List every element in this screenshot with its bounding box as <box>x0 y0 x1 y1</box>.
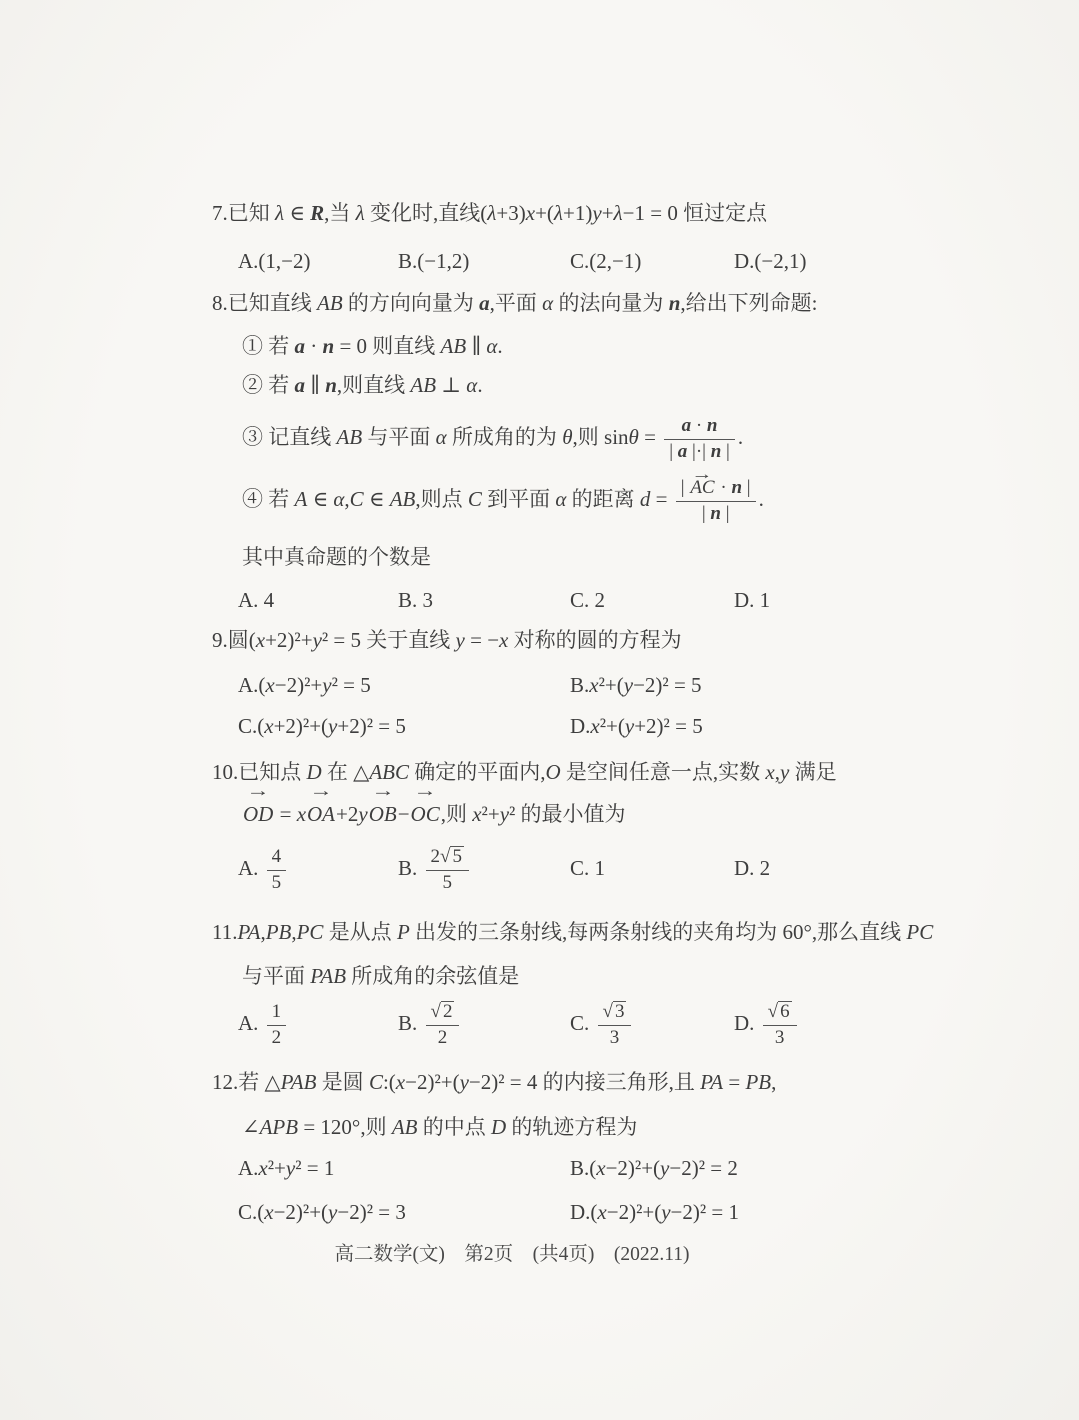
question-12-option-c: C.(x−2)²+(y−2)² = 3 <box>238 1197 406 1227</box>
question-12-stem-line-2: ∠APB = 120°,则 AB 的中点 D 的轨迹方程为 <box>242 1112 637 1142</box>
question-9-option-b: B.x²+(y−2)² = 5 <box>570 670 702 700</box>
question-10-option-a: A. 45 <box>238 841 289 895</box>
question-7-option-b: B.(−1,2) <box>398 246 469 276</box>
question-7-option-c: C.(2,−1) <box>570 246 641 276</box>
question-12-option-a: A.x²+y² = 1 <box>238 1153 334 1183</box>
question-8-statement-3: ③ 记直线 AB 与平面 α 所成角的为 θ,则 sinθ = a · n| a… <box>242 408 743 466</box>
question-11-stem: 11.PA,PB,PC 是从点 P 出发的三条射线,每两条射线的夹角均为 60°… <box>212 917 933 947</box>
question-11-stem-line-2: 与平面 PAB 所成角的余弦值是 <box>242 961 519 991</box>
page-footer: 高二数学(文) 第2页 (共4页) (2022.11) <box>0 1238 1024 1266</box>
question-7-option-a: A.(1,−2) <box>238 246 311 276</box>
question-11-option-d: D. 63 <box>734 996 800 1050</box>
question-7-stem: 7.已知 λ ∈ R,当 λ 变化时,直线(λ+3)x+(λ+1)y+λ−1 =… <box>212 198 767 228</box>
question-8-stem: 8.已知直线 AB 的方向向量为 a,平面 α 的法向量为 n,给出下列命题: <box>212 288 817 318</box>
question-11-option-a: A. 12 <box>238 996 289 1050</box>
question-10-option-b: B. 255 <box>398 841 472 895</box>
question-12-option-d: D.(x−2)²+(y−2)² = 1 <box>570 1197 739 1227</box>
question-10-stem: 10.已知点 D 在 △ABC 确定的平面内,O 是空间任意一点,实数 x,y … <box>212 757 837 787</box>
question-8-statement-1: ① 若 a · n = 0 则直线 AB ∥ α. <box>242 331 503 361</box>
question-10-formula: OD = xOA+2yOB−OC,则 x²+y² 的最小值为 <box>242 795 626 833</box>
question-9-option-d: D.x²+(y+2)² = 5 <box>570 711 703 741</box>
question-10-option-d: D. 2 <box>734 841 770 895</box>
question-10-option-c: C. 1 <box>570 841 605 895</box>
question-11-option-b: B. 22 <box>398 996 462 1050</box>
question-11-option-c: C. 33 <box>570 996 634 1050</box>
question-9-option-a: A.(x−2)²+y² = 5 <box>238 670 371 700</box>
question-7-option-d: D.(−2,1) <box>734 246 807 276</box>
question-8-tail: 其中真命题的个数是 <box>242 542 431 572</box>
exam-page-content: 7.已知 λ ∈ R,当 λ 变化时,直线(λ+3)x+(λ+1)y+λ−1 =… <box>212 0 912 1420</box>
page-footer-text: 高二数学(文) 第2页 (共4页) (2022.11) <box>334 1244 689 1265</box>
question-12-option-b: B.(x−2)²+(y−2)² = 2 <box>570 1153 738 1183</box>
question-8-statement-2: ② 若 a ∥ n,则直线 AB ⊥ α. <box>242 370 483 400</box>
question-9-stem: 9.圆(x+2)²+y² = 5 关于直线 y = −x 对称的圆的方程为 <box>212 625 682 655</box>
question-8-statement-4: ④ 若 A ∈ α,C ∈ AB,则点 C 到平面 α 的距离 d = | AC… <box>242 468 764 530</box>
question-8-option-d: D. 1 <box>734 585 770 615</box>
question-8-option-b: B. 3 <box>398 585 433 615</box>
question-9-option-c: C.(x+2)²+(y+2)² = 5 <box>238 711 406 741</box>
question-12-stem: 12.若 △PAB 是圆 C:(x−2)²+(y−2)² = 4 的内接三角形,… <box>212 1067 776 1097</box>
question-8-option-c: C. 2 <box>570 585 605 615</box>
question-8-option-a: A. 4 <box>238 585 274 615</box>
